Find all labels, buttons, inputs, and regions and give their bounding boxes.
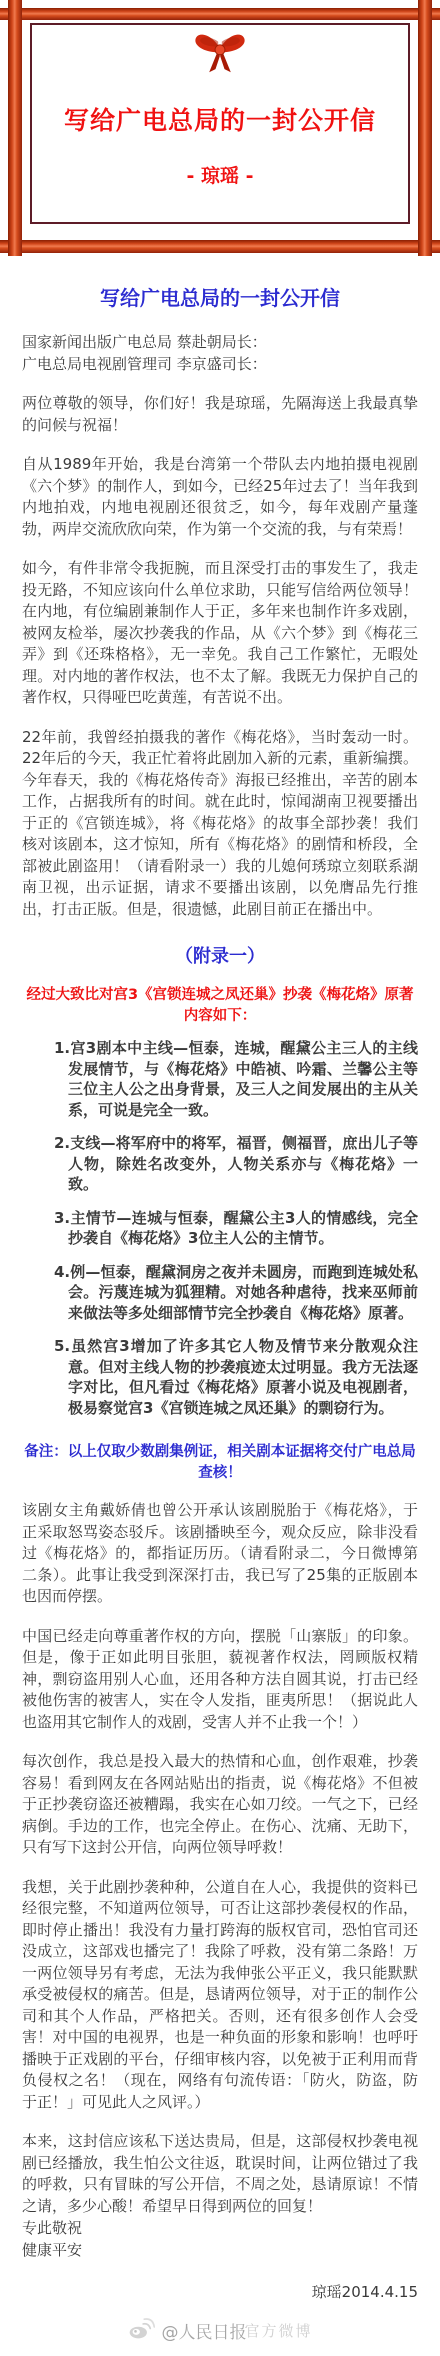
- paragraph-apology: 本来，这封信应该私下送达贵局，但是，这部侵权抄袭电视剧已经播放，我生怕公文往返，…: [22, 2131, 418, 2217]
- appendix-item: 4.例—恒泰，醒黛洞房之夜并未圆房，而跑到连城处私会。污蔑连城为狐狸精。对她各种…: [54, 1262, 418, 1324]
- header-card: 写给广电总局的一封公开信 - 琼瑶 -: [30, 23, 410, 224]
- header-author: - 琼瑶 -: [186, 161, 253, 188]
- appendix-item: 3.主情节—连城与恒泰，醒黛公主3人的情感线，完全抄袭自《梅花烙》3位主人公的主…: [54, 1208, 418, 1249]
- paragraph-heartbroken: 每次创作，我总是投入最大的热情和心血，创作艰难，抄袭容易！看到网友在各网站贴出的…: [22, 1751, 418, 1859]
- appendix-item: 1.宫3剧本中主线—恒泰，连城，醒黛公主三人的主线发展情节，与《梅花烙》中皓祯、…: [54, 1038, 418, 1120]
- paragraph-complaint: 如今，有件非常令我扼腕，而且深受打击的事发生了，我走投无路，不知应该向什么单位求…: [22, 558, 418, 709]
- watermark: @人民日报 官方微博: [0, 2314, 440, 2346]
- bow-icon: [191, 30, 249, 75]
- ribbon-bottom: [0, 240, 440, 253]
- letter-image: 写给广电总局的一封公开信 - 琼瑶 - 写给广电总局的一封公开信 国家新闻出版广…: [0, 0, 440, 2356]
- ribbon-top: [0, 8, 440, 20]
- appendix-item: 5.虽然宫3增加了许多其它人物及情节来分散观众注意。但对主线人物的抄袭痕迹太过明…: [54, 1336, 418, 1418]
- paragraph-appeal: 我想，关于此剧抄袭种种，公道自在人心，我提供的资料已经很完整，不知道两位领导，可…: [22, 1877, 418, 2114]
- paragraph-greeting: 两位尊敬的领导，你们好！我是琼瑶，先隔海送上我最真挚的问候与祝福！: [22, 393, 418, 436]
- salutation-line: 广电总局电视剧管理司 李京盛司长：: [22, 353, 418, 375]
- salutation-line: 国家新闻出版广电总局 蔡赴朝局长：: [22, 331, 418, 353]
- closing-block: 专此敬祝 健康平安: [22, 2217, 418, 2261]
- signature: 琼瑶2014.4.15: [22, 2281, 418, 2302]
- ribbon-right: [418, 0, 432, 256]
- closing-line: 专此敬祝: [22, 2217, 418, 2239]
- appendix-note: 备注：以上仅取少数剧集例证，相关剧本证据将交付广电总局查核！: [22, 1440, 418, 1482]
- appendix-list: 1.宫3剧本中主线—恒泰，连城，醒黛公主三人的主线发展情节，与《梅花烙》中皓祯、…: [22, 1038, 418, 1418]
- header-section: 写给广电总局的一封公开信 - 琼瑶 -: [0, 0, 440, 256]
- paragraph-meihualuo: 22年前，我曾经拍摄我的著作《梅花烙》，当时轰动一时。22年后的今天，我正忙着将…: [22, 727, 418, 921]
- ribbon-left: [8, 0, 22, 256]
- paragraph-actress: 该剧女主角戴娇倩也曾公开承认该剧脱胎于《梅花烙》，于正采取怒骂姿态驳斥。该剧播映…: [22, 1500, 418, 1608]
- weibo-icon: [127, 2314, 155, 2346]
- paragraph-history: 自从1989年开始，我是台湾第一个带队去内地拍摄电视剧《六个梦》的制作人，到如今…: [22, 454, 418, 540]
- closing-line: 健康平安: [22, 2239, 418, 2261]
- paragraph-copyright: 中国已经走向尊重著作权的方向，摆脱「山寨版」的印象。但是，像于正如此明目张胆，藐…: [22, 1626, 418, 1734]
- appendix-item: 2.支线—将军府中的将军，福晋，侧福晋，庶出儿子等人物，除姓名改变外，人物关系亦…: [54, 1133, 418, 1195]
- watermark-text: @人民日报: [161, 2318, 246, 2343]
- header-title: 写给广电总局的一封公开信: [64, 101, 376, 137]
- letter-body: 写给广电总局的一封公开信 国家新闻出版广电总局 蔡赴朝局长： 广电总局电视剧管理…: [0, 282, 440, 2302]
- appendix-heading: （附录一）: [22, 942, 418, 968]
- appendix-intro: 经过大致比对宫3《宫锁连城之凤还巢》抄袭《梅花烙》原著内容如下：: [22, 983, 418, 1025]
- letter-title: 写给广电总局的一封公开信: [22, 282, 418, 311]
- watermark-secondary-text: 官方微博: [244, 2320, 312, 2341]
